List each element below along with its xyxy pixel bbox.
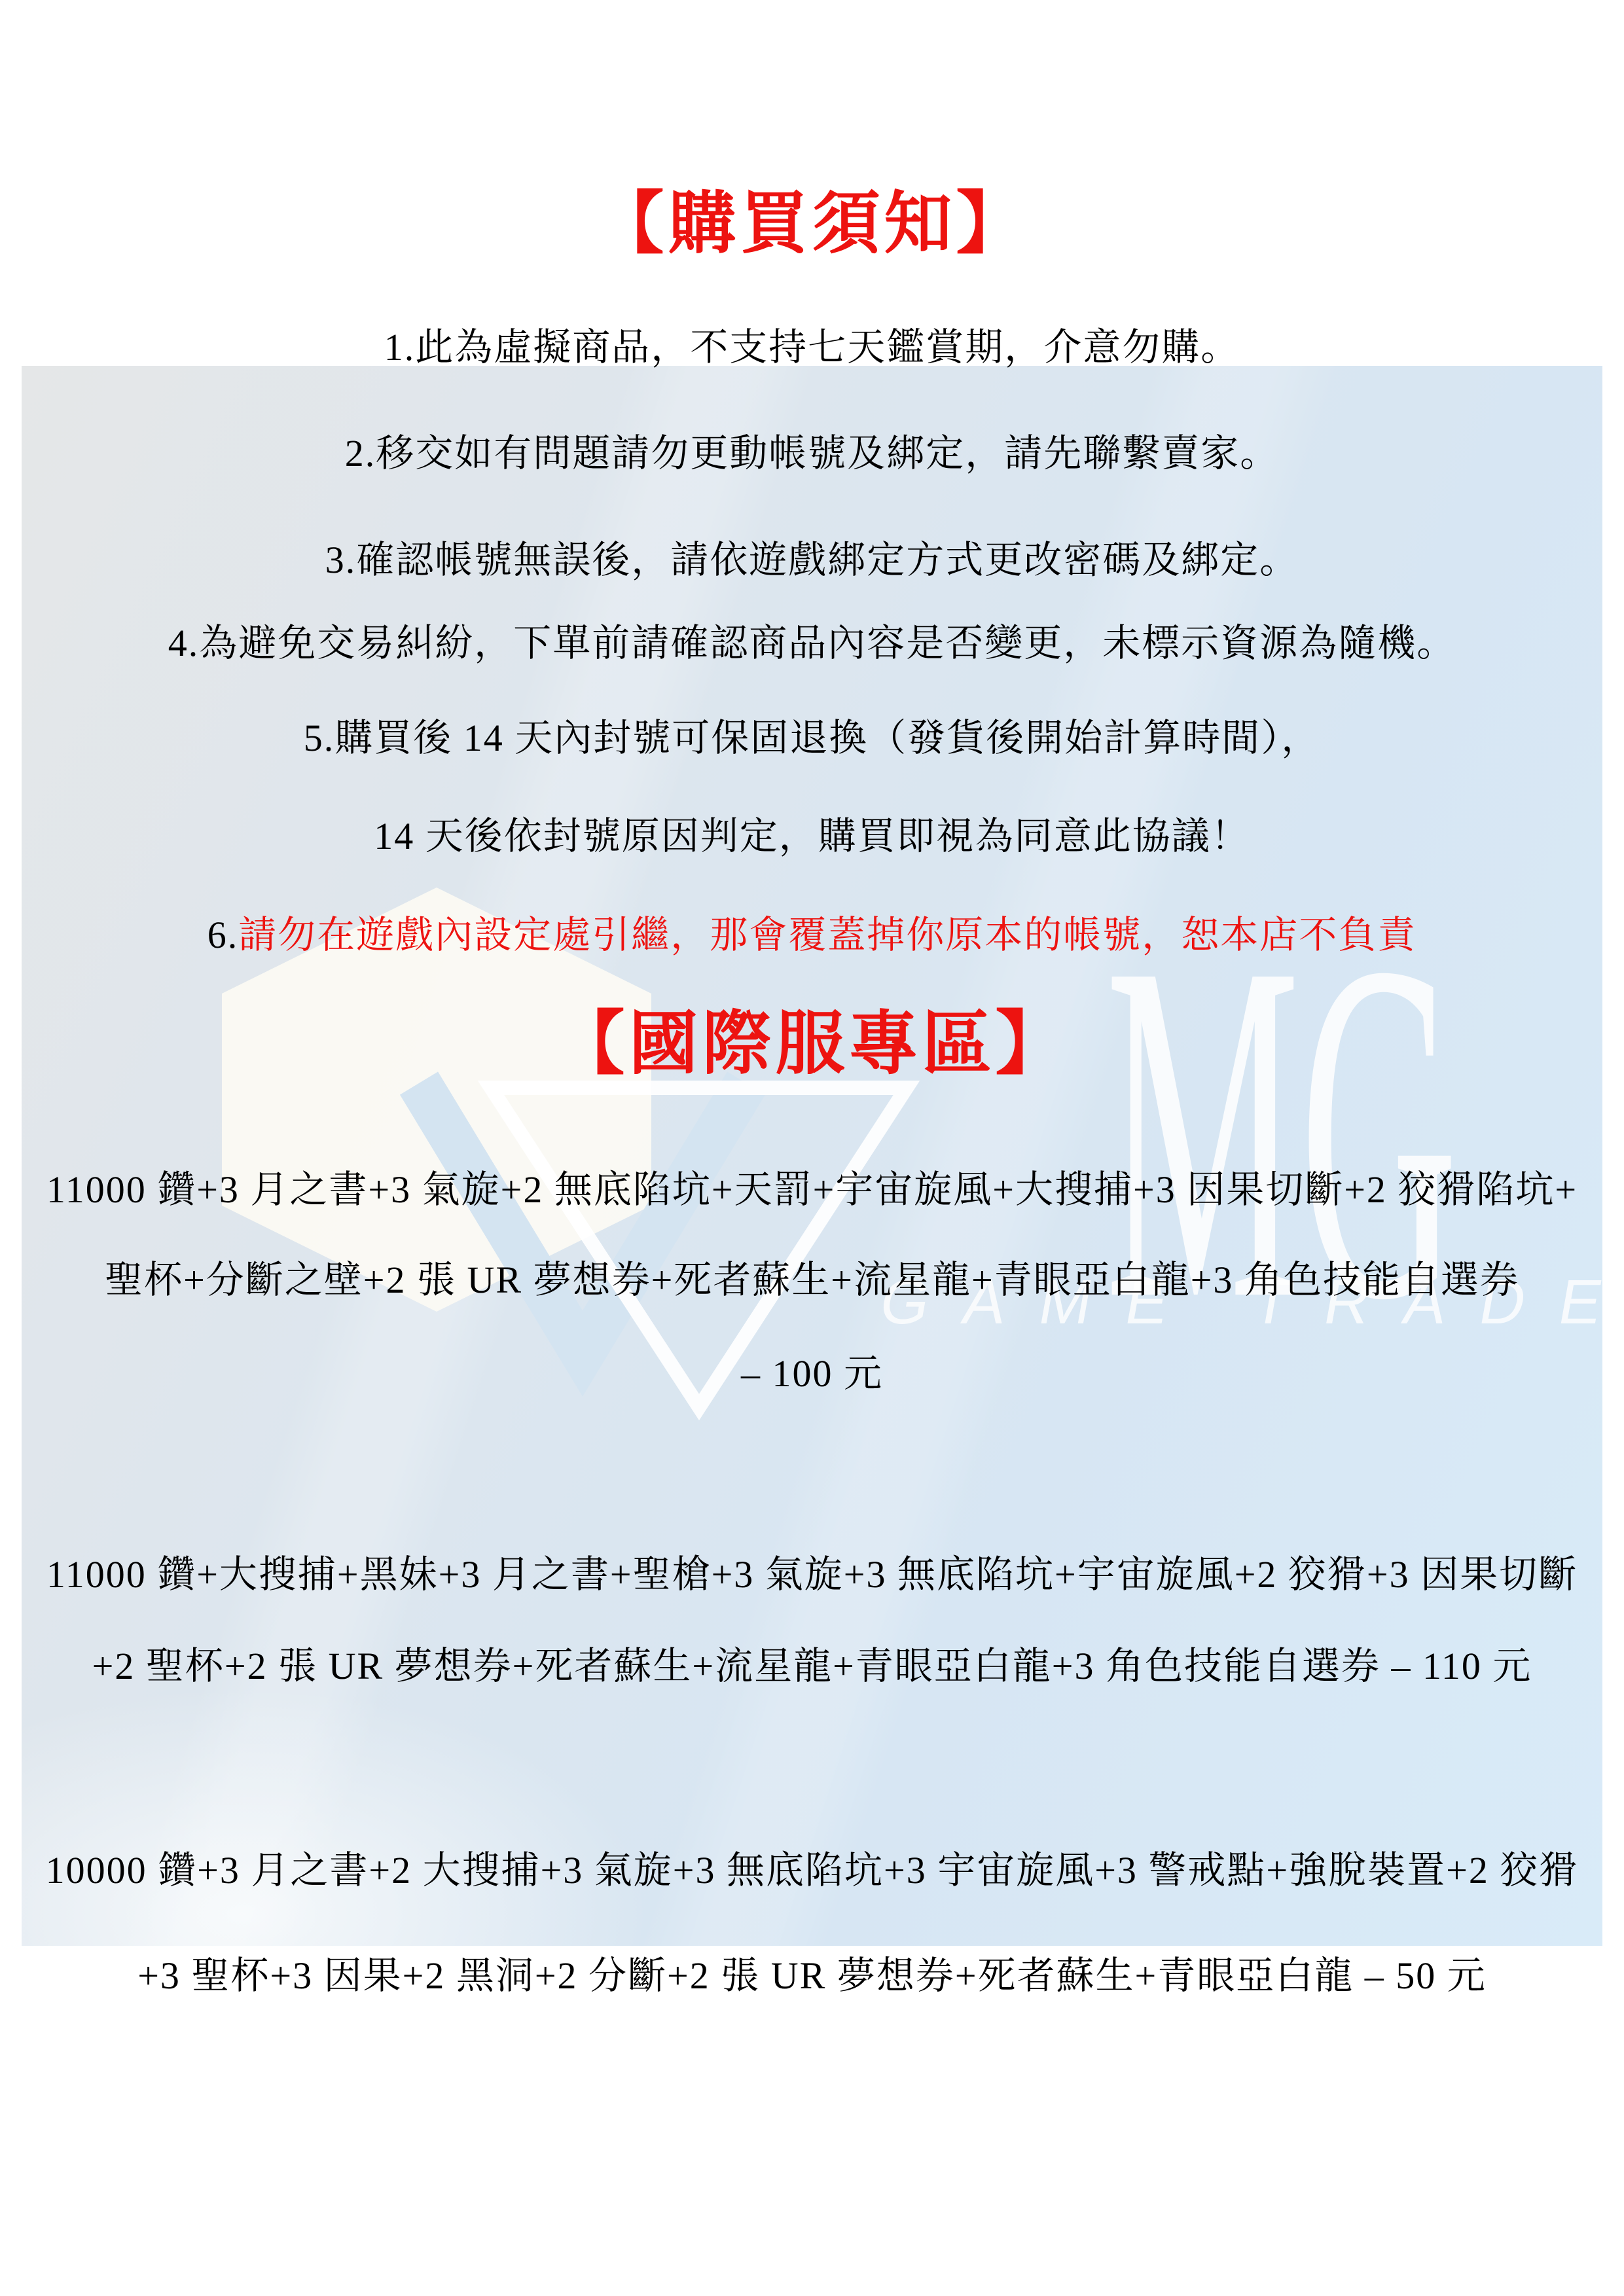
notice-item-4: 4.為避免交易糾紛，下單前請確認商品內容是否變更，未標示資源為隨機。 [0,623,1624,664]
product-2-line-1: 11000 鑽+大搜捕+黑妹+3 月之書+聖槍+3 氣旋+3 無底陷坑+宇宙旋風… [0,1554,1624,1596]
notice-item-6-number: 6. [208,914,239,956]
notice-item-5: 5.購買後 14 天內封號可保固退換（發貨後開始計算時間）， [0,718,1624,759]
international-server-section-title: 【國際服專區】 [0,1008,1624,1081]
notice-item-3: 3.確認帳號無誤後，請依遊戲綁定方式更改密碼及綁定。 [0,540,1624,581]
flyer-page: MG GAME TRADE 【購買須知】 1.此為虛擬商品，不支持七天鑑賞期，介… [0,0,1624,2296]
notice-item-2: 2.移交如有問題請勿更動帳號及綁定，請先聯繫賣家。 [0,433,1624,475]
purchase-notice-title: 【購買須知】 [0,188,1624,260]
product-3-line-2-with-price: +3 聖杯+3 因果+2 黑洞+2 分斷+2 張 UR 夢想券+死者蘇生+青眼亞… [0,1956,1624,1997]
product-1-line-2: 聖杯+分斷之壁+2 張 UR 夢想券+死者蘇生+流星龍+青眼亞白龍+3 角色技能… [0,1260,1624,1301]
info-panel-background [22,366,1602,1946]
product-3-line-1: 10000 鑽+3 月之書+2 大搜捕+3 氣旋+3 無底陷坑+3 宇宙旋風+3… [0,1850,1624,1892]
notice-item-5-continued: 14 天後依封號原因判定，購買即視為同意此協議！ [0,816,1624,857]
product-1-line-1: 11000 鑽+3 月之書+3 氣旋+2 無底陷坑+天罰+宇宙旋風+大搜捕+3 … [0,1170,1624,1211]
notice-item-6-warning-text: 請勿在遊戲內設定處引繼，那會覆蓋掉你原本的帳號，恕本店不負責 [238,914,1416,956]
notice-item-1: 1.此為虛擬商品，不支持七天鑑賞期，介意勿購。 [0,327,1624,368]
product-2-line-2-with-price: +2 聖杯+2 張 UR 夢想券+死者蘇生+流星龍+青眼亞白龍+3 角色技能自選… [0,1646,1624,1687]
notice-item-6: 6.請勿在遊戲內設定處引繼，那會覆蓋掉你原本的帳號，恕本店不負責 [0,915,1624,956]
product-1-price: – 100 元 [0,1354,1624,1395]
